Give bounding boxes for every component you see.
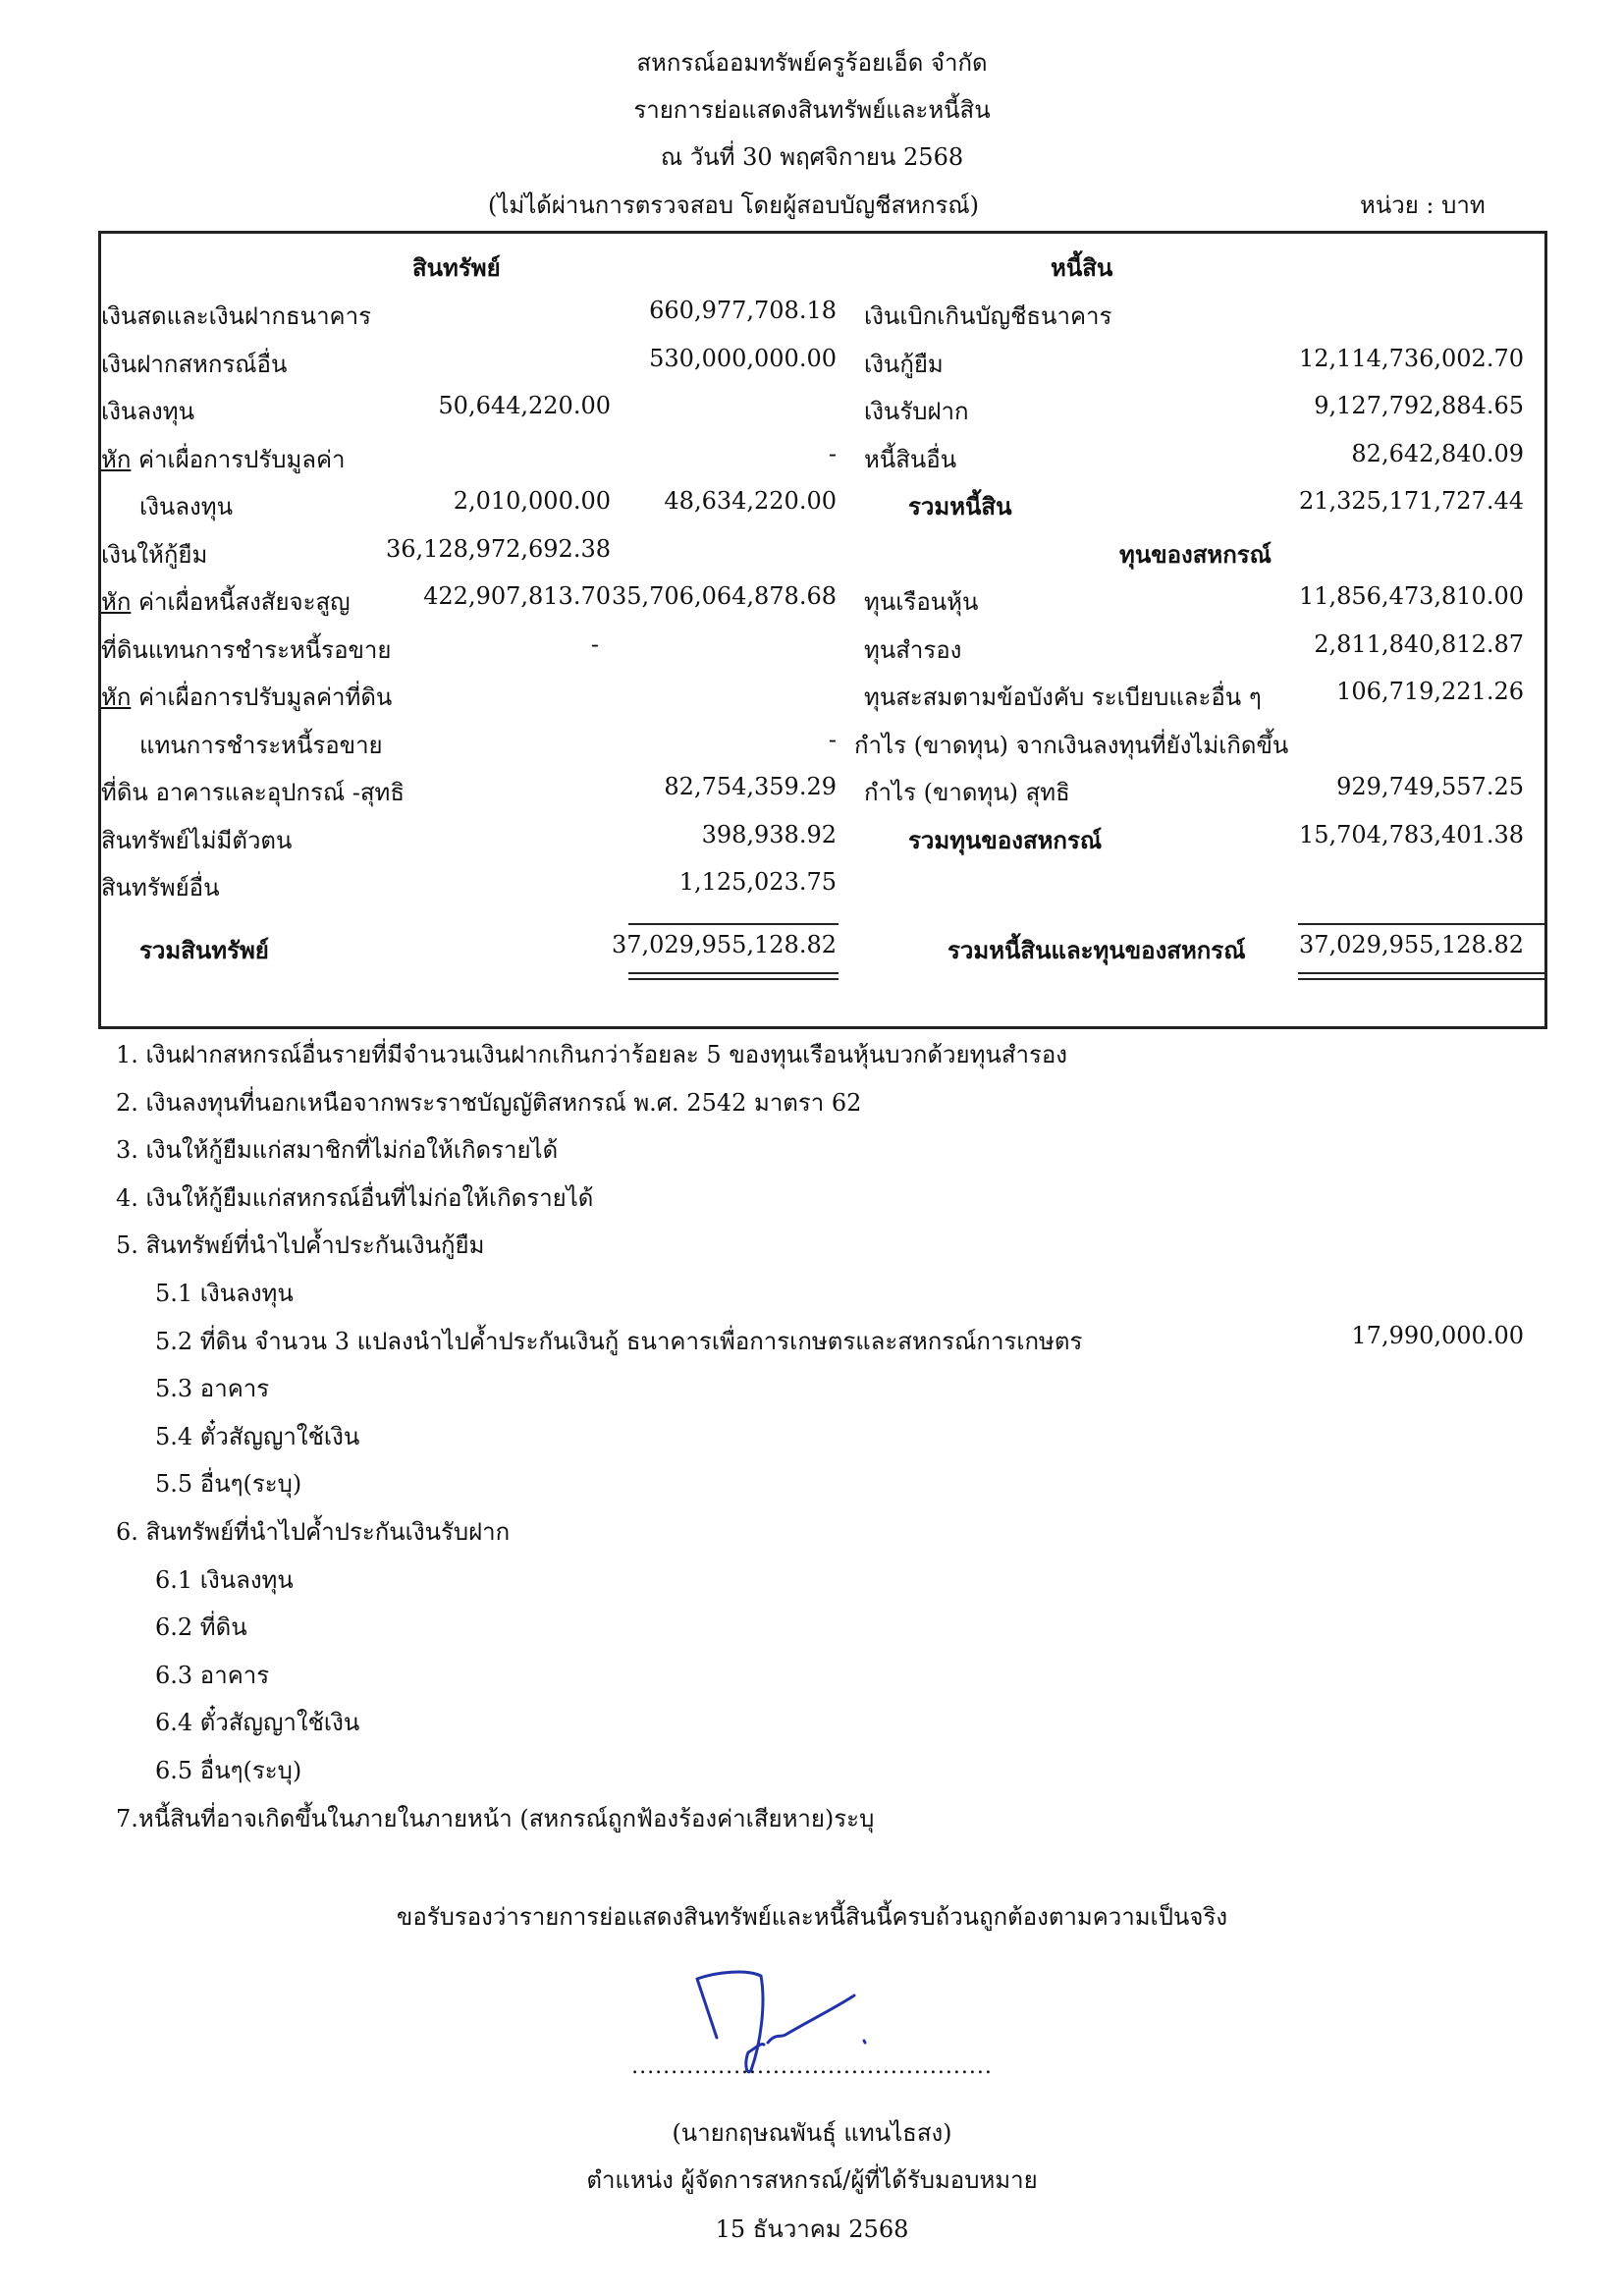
asset-row-label-text: ที่ดินแทนการชำระหนี้รอขาย [101, 636, 391, 664]
signer-position: ตำแหน่ง ผู้จัดการสหกรณ์/ผู้ที่ได้รับมอบห… [0, 2160, 1624, 2199]
asset-row-label-text: เงินสดและเงินฝากธนาคาร [101, 302, 371, 330]
asset-row-label: ที่ดิน อาคารและอุปกรณ์ -สุทธิ [101, 773, 405, 811]
asset-row-net: 530,000,000.00 [589, 345, 837, 372]
asset-row-label: แทนการชำระหนี้รอขาย [139, 726, 383, 764]
deduct-prefix: หัก [101, 446, 131, 473]
note-item: 5.5 อื่นๆ(ระบุ) [155, 1464, 301, 1503]
asset-row-label: เงินลงทุน [139, 487, 233, 525]
equity-total-value: 15,704,783,401.38 [1276, 821, 1524, 848]
asset-row-label-text: ที่ดิน อาคารและอุปกรณ์ -สุทธิ [101, 779, 405, 806]
asset-row-label: เงินลงทุน [101, 392, 194, 430]
signer-name: (นายกฤษณพันธุ์ แทนไธสง) [0, 2113, 1624, 2152]
liabilities-total-value: 21,325,171,727.44 [1276, 487, 1524, 515]
equity-heading: ทุนของสหกรณ์ [1119, 535, 1272, 574]
asset-row-label-text: เงินให้กู้ยืม [101, 541, 207, 569]
asset-row-net: 398,938.92 [589, 821, 837, 848]
asset-row-label-text: เงินลงทุน [101, 398, 194, 425]
equity-row-label: ทุนเรือนหุ้น [864, 582, 978, 621]
deduct-prefix: หัก [101, 588, 131, 616]
liability-row-value: 82,642,840.09 [1276, 440, 1524, 467]
asset-row-label: สินทรัพย์ไม่มีตัวตน [101, 821, 292, 859]
liabilities-heading: หนี้สิน [1051, 248, 1112, 287]
assets-total-label: รวมสินทรัพย์ [139, 931, 269, 969]
asset-row-gross: 2,010,000.00 [363, 487, 611, 515]
note-item: 4. เงินให้กู้ยืมแก่สหกรณ์อื่นที่ไม่ก่อให… [116, 1178, 593, 1217]
equity-row-label: ทุนสะสมตามข้อบังคับ ระเบียบและอื่น ๆ [864, 678, 1262, 716]
grand-total-label: รวมหนี้สินและทุนของสหกรณ์ [947, 931, 1245, 969]
note-item: 5.1 เงินลงทุน [155, 1274, 294, 1312]
liability-row-label: หนี้สินอื่น [864, 440, 956, 478]
asset-row-label: หัก ค่าเผื่อหนี้สงสัยจะสูญ [101, 582, 351, 621]
asset-row-label: เงินฝากสหกรณ์อื่น [101, 345, 287, 383]
note-item: 6.2 ที่ดิน [155, 1608, 247, 1646]
org-name: สหกรณ์ออมทรัพย์ครูร้อยเอ็ด จำกัด [0, 43, 1624, 82]
grand-total-double-rule [1298, 972, 1547, 980]
note-item: 6.5 อื่นๆ(ระบุ) [155, 1751, 301, 1789]
asset-row-net: 35,706,064,878.68 [589, 582, 837, 610]
liability-row-value: 12,114,736,002.70 [1276, 345, 1524, 372]
liability-row-value: 9,127,792,884.65 [1276, 392, 1524, 419]
asset-row-label-text: เงินฝากสหกรณ์อื่น [101, 351, 287, 378]
asset-row-net: - [589, 726, 837, 753]
note-item: 5.2 ที่ดิน จำนวน 3 แปลงนำไปค้ำประกันเงิน… [155, 1322, 1082, 1360]
asset-row-net: 660,977,708.18 [589, 297, 837, 324]
asset-row-label-text: ค่าเผื่อหนี้สงสัยจะสูญ [138, 588, 351, 616]
equity-row-value: 106,719,221.26 [1276, 678, 1524, 705]
asset-row-net: - [589, 440, 837, 467]
note-item: 6.4 ตั๋วสัญญาใช้เงิน [155, 1703, 359, 1741]
asset-row-label: หัก ค่าเผื่อการปรับมูลค่า [101, 440, 346, 478]
asset-row-gross: - [530, 630, 599, 658]
assets-heading: สินทรัพย์ [412, 248, 501, 287]
equity-row-label: กำไร (ขาดทุน) จากเงินลงทุนที่ยังไม่เกิดข… [854, 726, 1288, 764]
asset-row-gross: 422,907,813.70 [363, 582, 611, 610]
signed-date: 15 ธันวาคม 2568 [0, 2210, 1624, 2248]
asset-row-label-text: แทนการชำระหนี้รอขาย [139, 732, 383, 759]
note-item: 6.1 เงินลงทุน [155, 1560, 294, 1599]
asset-row-label-text: ค่าเผื่อการปรับมูลค่า [138, 446, 346, 473]
asset-row-label: หัก ค่าเผื่อการปรับมูลค่าที่ดิน [101, 678, 392, 716]
liability-row-label: เงินกู้ยืม [864, 345, 944, 383]
asset-row-label: สินทรัพย์อื่น [101, 868, 219, 906]
unit-label: หน่วย : บาท [1360, 186, 1486, 224]
asset-row-net: 82,754,359.29 [589, 773, 837, 800]
asset-row-label: ที่ดินแทนการชำระหนี้รอขาย [101, 630, 391, 669]
note-item: 6.3 อาคาร [155, 1656, 269, 1694]
note-item: 5.4 ตั๋วสัญญาใช้เงิน [155, 1417, 359, 1455]
note-item: 5.3 อาคาร [155, 1369, 269, 1407]
certification-statement: ขอรับรองว่ารายการย่อแสดงสินทรัพย์และหนี้… [0, 1897, 1624, 1936]
note-item-value: 17,990,000.00 [1276, 1322, 1524, 1349]
note-item: 5. สินทรัพย์ที่นำไปค้ำประกันเงินกู้ยืม [116, 1226, 484, 1264]
assets-total-double-rule [628, 972, 839, 980]
equity-row-value: 2,811,840,812.87 [1276, 630, 1524, 658]
note-item: 1. เงินฝากสหกรณ์อื่นรายที่มีจำนวนเงินฝาก… [116, 1035, 1067, 1073]
asset-row-label: เงินสดและเงินฝากธนาคาร [101, 297, 371, 335]
asset-row-label-text: ค่าเผื่อการปรับมูลค่าที่ดิน [138, 683, 392, 711]
equity-row-value: 11,856,473,810.00 [1276, 582, 1524, 610]
equity-row-label: ทุนสำรอง [864, 630, 961, 669]
asset-row-label-text: สินทรัพย์อื่น [101, 874, 219, 902]
equity-row-value: 929,749,557.25 [1276, 773, 1524, 800]
asset-row-gross: 36,128,972,692.38 [363, 535, 611, 563]
note-item: 6. สินทรัพย์ที่นำไปค้ำประกันเงินรับฝาก [116, 1512, 510, 1551]
audit-note: (ไม่ได้ผ่านการตรวจสอบ โดยผู้สอบบัญชีสหกร… [0, 186, 1545, 224]
signature-line: ........................................… [0, 2054, 1624, 2079]
grand-total-value: 37,029,955,128.82 [1276, 931, 1524, 958]
deduct-prefix: หัก [101, 683, 131, 711]
grand-total-top-rule [1298, 923, 1547, 925]
note-item: 2. เงินลงทุนที่นอกเหนือจากพระราชบัญญัติส… [116, 1083, 861, 1121]
liability-row-label: เงินรับฝาก [864, 392, 969, 430]
note-item: 3. เงินให้กู้ยืมแก่สมาชิกที่ไม่ก่อให้เกิ… [116, 1130, 558, 1169]
report-title: รายการย่อแสดงสินทรัพย์และหนี้สิน [0, 90, 1624, 129]
asset-row-label: เงินให้กู้ยืม [101, 535, 207, 574]
assets-total-value: 37,029,955,128.82 [589, 931, 837, 958]
as-of-date: ณ วันที่ 30 พฤศจิกายน 2568 [0, 137, 1624, 176]
asset-row-label-text: เงินลงทุน [139, 493, 233, 520]
asset-row-gross: 50,644,220.00 [363, 392, 611, 419]
liabilities-total-label: รวมหนี้สิน [908, 487, 1011, 525]
liability-row-label: เงินเบิกเกินบัญชีธนาคาร [864, 297, 1111, 335]
equity-row-label: กำไร (ขาดทุน) สุทธิ [864, 773, 1070, 811]
asset-row-net: 48,634,220.00 [589, 487, 837, 515]
assets-total-top-rule [628, 923, 839, 925]
asset-row-label-text: สินทรัพย์ไม่มีตัวตน [101, 827, 292, 854]
note-item: 7.หนี้สินที่อาจเกิดขึ้นในภายในภายหน้า (ส… [116, 1799, 874, 1837]
asset-row-net: 1,125,023.75 [589, 868, 837, 896]
equity-total-label: รวมทุนของสหกรณ์ [908, 821, 1102, 859]
